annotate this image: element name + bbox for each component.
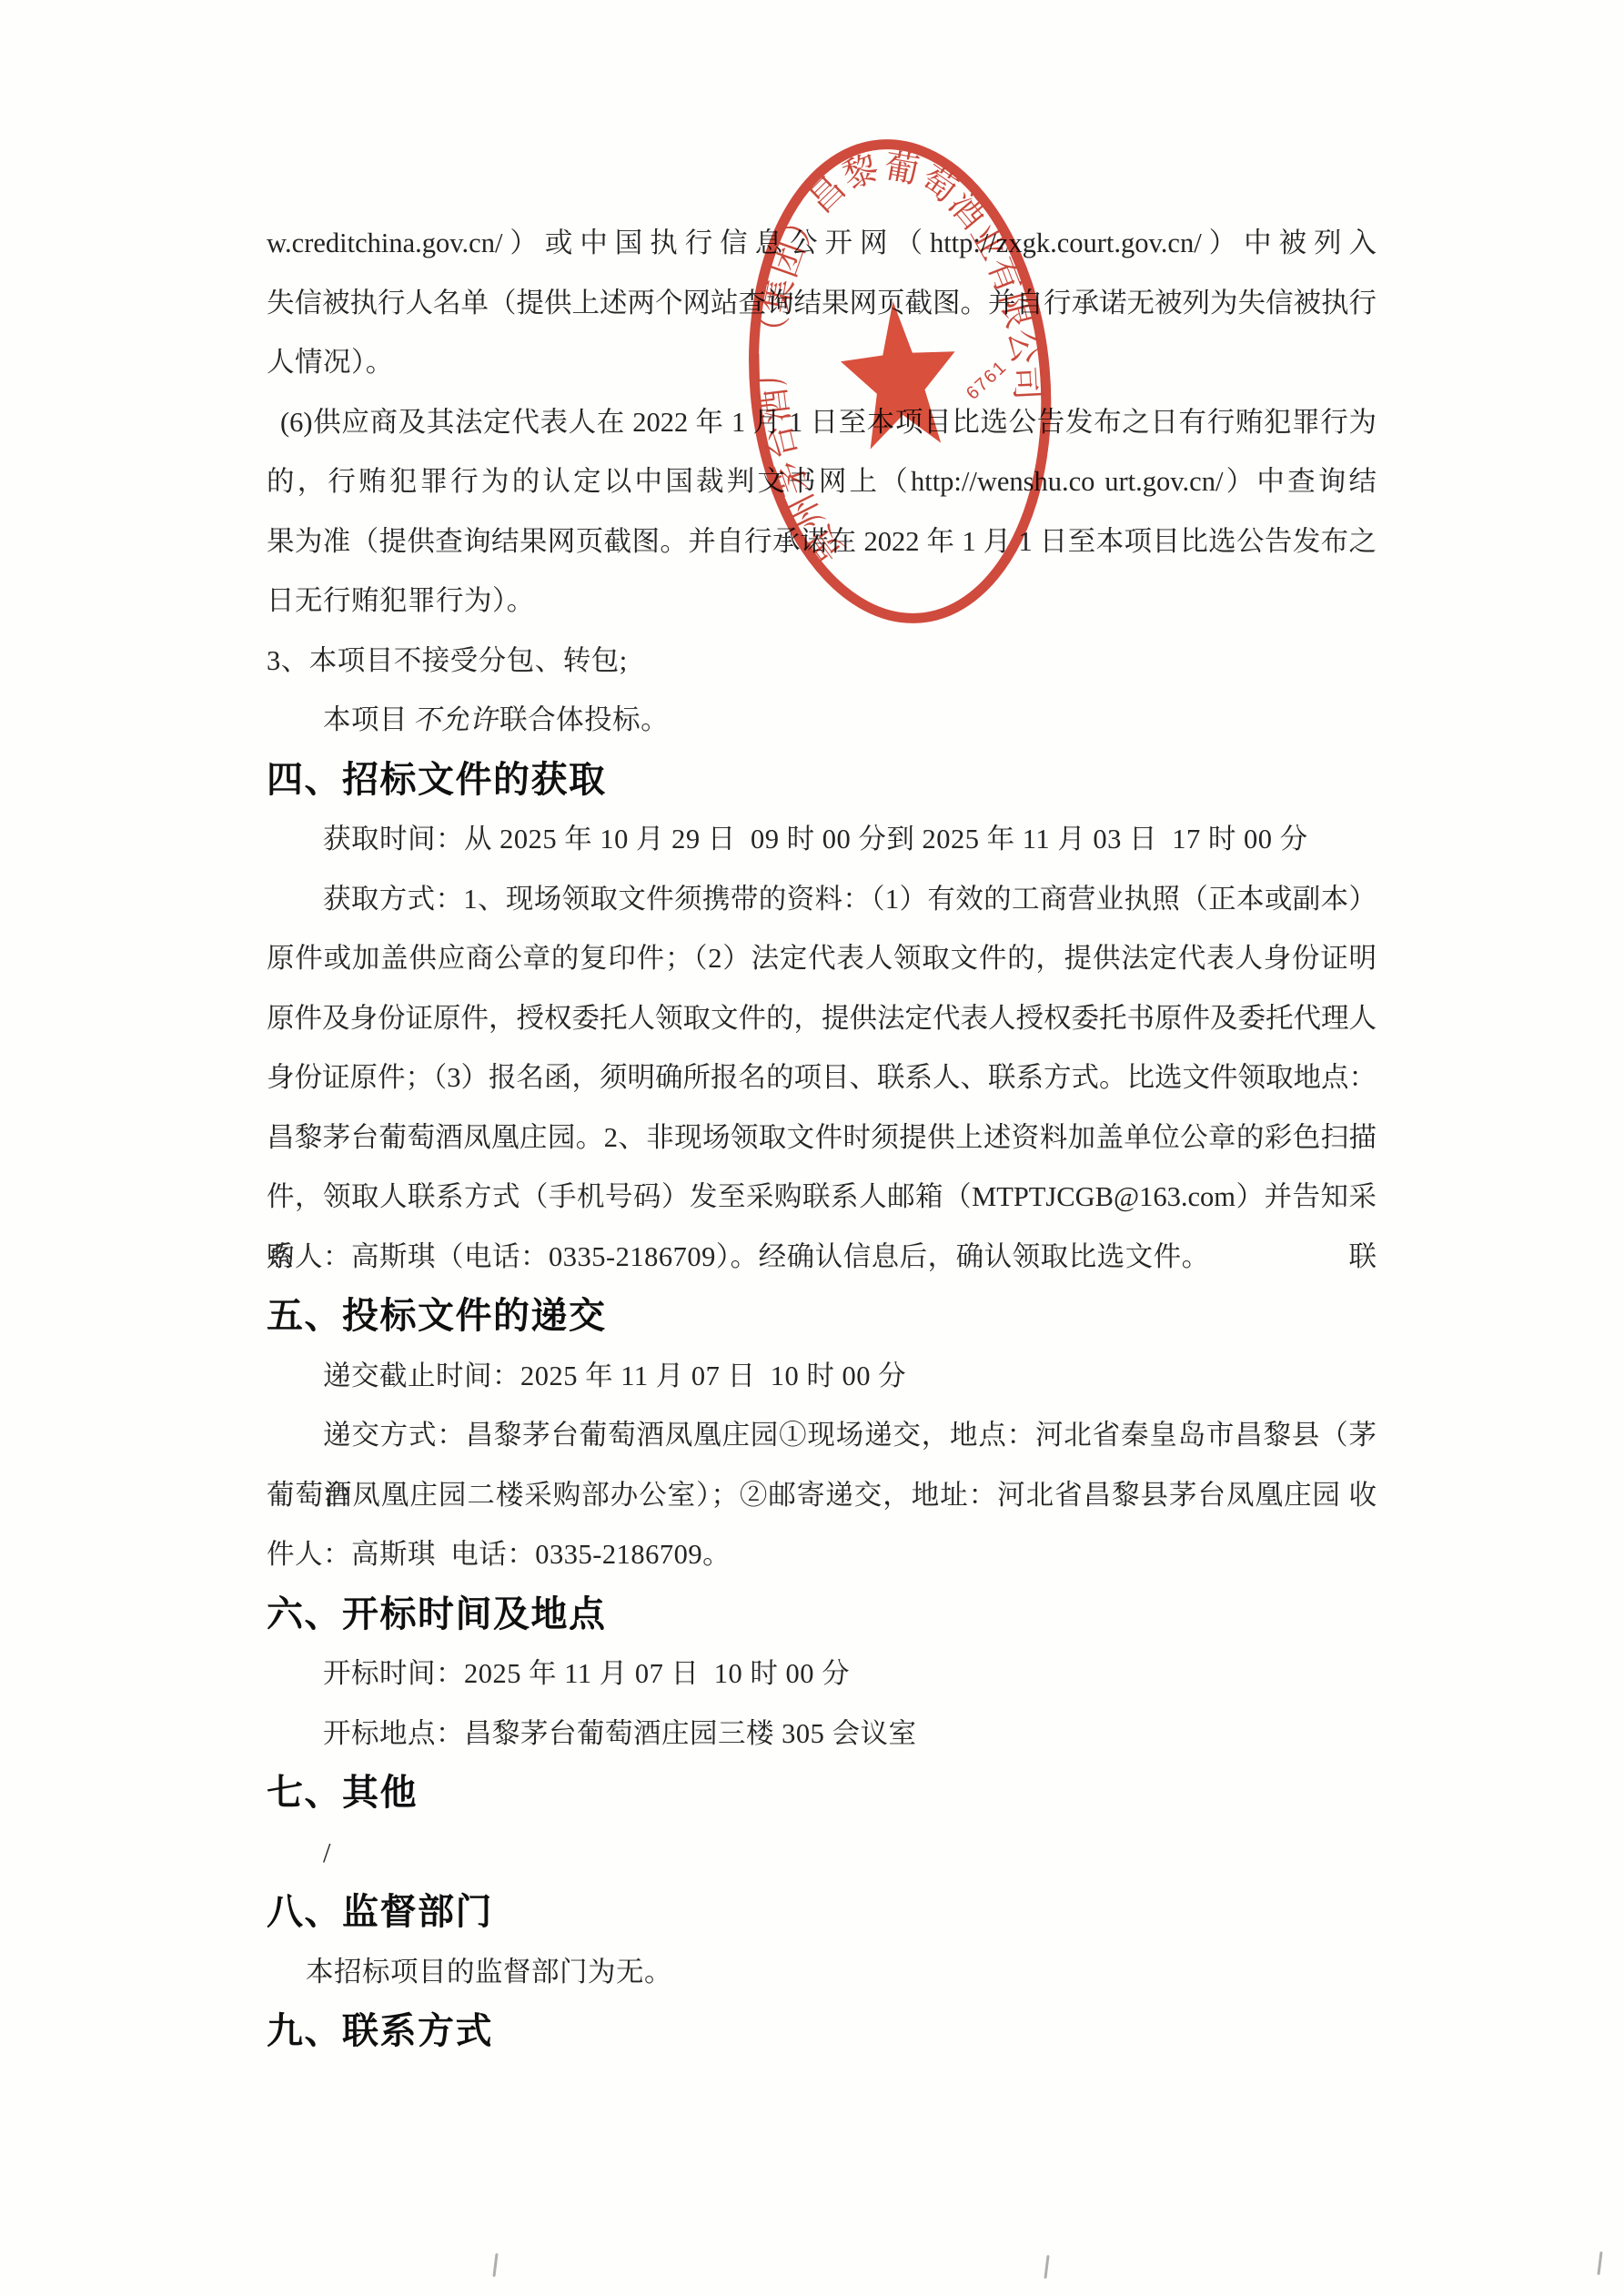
text-line: 原件及身份证原件，授权委托人领取文件的，提供法定代表人授权委托书原件及委托代理人: [267, 989, 1377, 1049]
section-heading: 四、招标文件的获取: [267, 751, 1377, 811]
section-heading: 九、联系方式: [267, 2002, 1377, 2062]
scan-mark: [1597, 2251, 1602, 2275]
text-segment: 本项目: [323, 704, 415, 735]
text-line: 递交方式：昌黎茅台葡萄酒凤凰庄园①现场递交，地点：河北省秦皇岛市昌黎县（茅台: [267, 1406, 1377, 1466]
text-line: 本项目 不允许联合体投标。: [267, 691, 1377, 751]
text-line: w.creditchina.gov.cn/）或中国执行信息公开网（http://…: [267, 214, 1377, 274]
text-line: 开标时间：2025 年 11 月 07 日 10 时 00 分: [267, 1644, 1377, 1704]
text-line: 失信被执行人名单（提供上述两个网站查询结果网页截图。并自行承诺无被列为失信被执行: [267, 274, 1377, 334]
text-line: 的，行贿犯罪行为的认定以中国裁判文书网上（http://wenshu.co ur…: [267, 452, 1377, 512]
text-line: 件人：高斯琪 电话：0335-2186709。: [267, 1525, 1377, 1585]
scan-mark: [1044, 2255, 1049, 2279]
text-line: 获取方式：1、现场领取文件须携带的资料：（1）有效的工商营业执照（正本或副本）: [267, 870, 1377, 930]
text-line: 日无行贿犯罪行为）。: [267, 571, 1377, 632]
text-line: 身份证原件；（3）报名函，须明确所报名的项目、联系人、联系方式。比选文件领取地点…: [267, 1048, 1377, 1108]
text-line: 3、本项目不接受分包、转包;: [267, 632, 1377, 692]
text-line: 件，领取人联系方式（手机号码）发至采购联系人邮箱（MTPTJCGB@163.co…: [267, 1168, 1377, 1228]
section-heading: 五、投标文件的递交: [267, 1287, 1377, 1347]
text-line: 昌黎茅台葡萄酒凤凰庄园。2、非现场领取文件时须提供上述资料加盖单位公章的彩色扫描: [267, 1108, 1377, 1168]
text-segment: 联合体投标。: [499, 704, 669, 735]
text-line: 葡萄酒凤凰庄园二楼采购部办公室）；②邮寄递交，地址：河北省昌黎县茅台凤凰庄园 收: [267, 1466, 1377, 1526]
text-line: 开标地点：昌黎茅台葡萄酒庄园三楼 305 会议室: [267, 1704, 1377, 1765]
document-content: w.creditchina.gov.cn/）或中国执行信息公开网（http://…: [267, 214, 1377, 2062]
text-line: 原件或加盖供应商公章的复印件；（2）法定代表人领取文件的，提供法定代表人身份证明: [267, 929, 1377, 989]
section-heading: 七、其他: [267, 1764, 1377, 1824]
scan-mark: [492, 2253, 498, 2277]
text-line: 果为准（提供查询结果网页截图。并自行承诺在 2022 年 1 月 1 日至本项目…: [267, 512, 1377, 572]
text-line: 本招标项目的监督部门为无。: [267, 1943, 1377, 2003]
italic-text: 不允许: [409, 691, 506, 751]
text-line: 人情况）。: [267, 333, 1377, 393]
text-line: 递交截止时间：2025 年 11 月 07 日 10 时 00 分: [267, 1347, 1377, 1407]
text-line: (6)供应商及其法定代表人在 2022 年 1 月 1 日至本项目比选公告发布之…: [267, 393, 1377, 453]
text-line: 获取时间：从 2025 年 10 月 29 日 09 时 00 分到 2025 …: [267, 810, 1377, 870]
section-heading: 八、监督部门: [267, 1883, 1377, 1943]
document-page: w.creditchina.gov.cn/）或中国执行信息公开网（http://…: [0, 0, 1624, 2296]
text-line: /: [267, 1824, 1377, 1884]
section-heading: 六、开标时间及地点: [267, 1585, 1377, 1645]
